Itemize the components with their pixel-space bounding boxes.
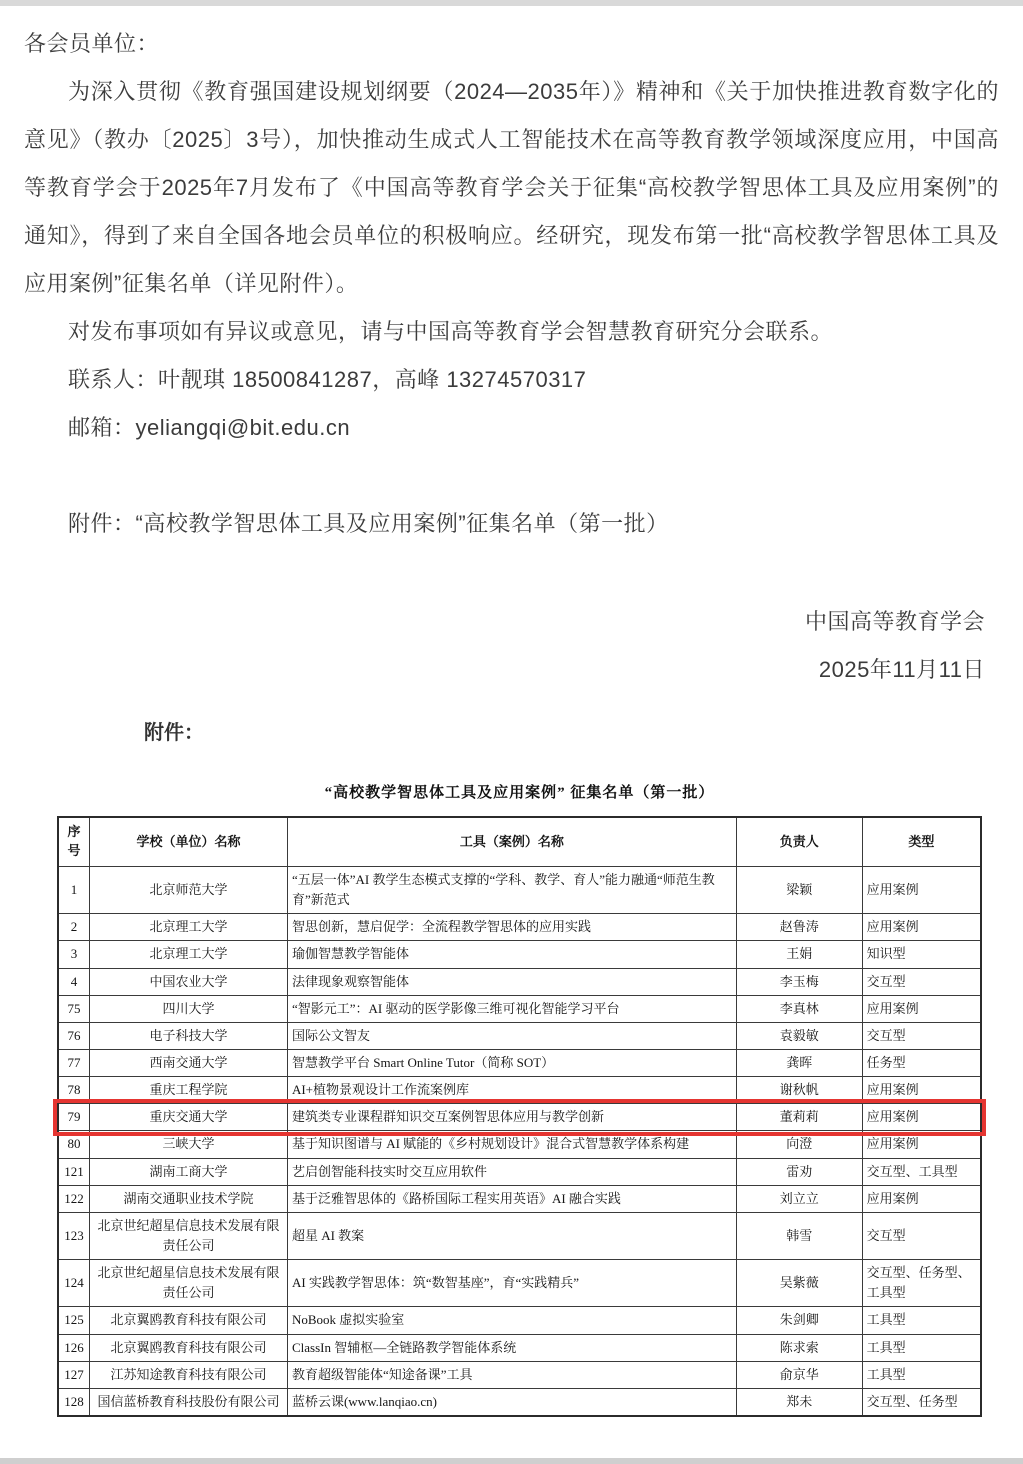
cell-row-number: 121 bbox=[58, 1158, 89, 1185]
cell-row-number: 4 bbox=[58, 968, 89, 995]
table-row: 75 四川大学 “智影元工”：AI 驱动的医学影像三维可视化智能学习平台 李真林… bbox=[58, 995, 981, 1022]
appendix-label: 附件： bbox=[144, 716, 999, 745]
table-row: 123 北京世纪超星信息技术发展有限责任公司 超星 AI 教案 韩雪 交互型 bbox=[58, 1212, 981, 1259]
cell-school-name: 四川大学 bbox=[89, 995, 287, 1022]
cell-school-name: 湖南工商大学 bbox=[89, 1158, 287, 1185]
cell-person-name: 王娟 bbox=[736, 941, 862, 968]
cell-row-number: 80 bbox=[58, 1131, 89, 1158]
cell-person-name: 吴紫薇 bbox=[736, 1260, 862, 1307]
cell-type: 工具型 bbox=[862, 1307, 981, 1334]
table-row: 121 湖南工商大学 艺启创智能科技实时交互应用软件 雷劝 交互型、工具型 bbox=[58, 1158, 981, 1185]
cell-school-name: 西南交通大学 bbox=[89, 1049, 287, 1076]
cell-school-name: 国信蓝桥教育科技股份有限公司 bbox=[89, 1388, 287, 1416]
cell-school-name: 三峡大学 bbox=[89, 1131, 287, 1158]
cell-row-number: 2 bbox=[58, 914, 89, 941]
cell-row-number: 1 bbox=[58, 866, 89, 913]
cell-tool-name: 基于泛雅智思体的《路桥国际工程实用英语》AI 融合实践 bbox=[287, 1185, 736, 1212]
table-row: 122 湖南交通职业技术学院 基于泛雅智思体的《路桥国际工程实用英语》AI 融合… bbox=[58, 1185, 981, 1212]
cell-row-number: 3 bbox=[58, 941, 89, 968]
cell-tool-name: 瑜伽智慧教学智能体 bbox=[287, 941, 736, 968]
header-tool: 工具（案例）名称 bbox=[287, 817, 736, 866]
cell-school-name: 北京理工大学 bbox=[89, 914, 287, 941]
cell-type: 交互型、任务型 bbox=[862, 1388, 981, 1416]
cell-type: 工具型 bbox=[862, 1334, 981, 1361]
cell-row-number: 79 bbox=[58, 1104, 89, 1131]
table-row: 125 北京翼鸥教育科技有限公司 NoBook 虚拟实验室 朱剑卿 工具型 bbox=[58, 1307, 981, 1334]
appendix-table-section: “高校教学智思体工具及应用案例” 征集名单（第一批） 序号 学校（单位）名称 工… bbox=[57, 781, 982, 1417]
cell-school-name: 电子科技大学 bbox=[89, 1022, 287, 1049]
cell-person-name: 龚晖 bbox=[736, 1049, 862, 1076]
cell-school-name: 重庆交通大学 bbox=[89, 1104, 287, 1131]
bottom-divider bbox=[0, 1458, 1023, 1464]
cell-tool-name: 教育超级智能体“知途备课”工具 bbox=[287, 1361, 736, 1388]
cell-person-name: 向澄 bbox=[736, 1131, 862, 1158]
cell-type: 应用案例 bbox=[862, 1077, 981, 1104]
document-page: 各会员单位： 为深入贯彻《教育强国建设规划纲要（2024—2035年）》精神和《… bbox=[0, 0, 1023, 1417]
cell-tool-name: “智影元工”：AI 驱动的医学影像三维可视化智能学习平台 bbox=[287, 995, 736, 1022]
contact-line: 联系人：叶靓琪 18500841287，高峰 13274570317 bbox=[24, 356, 999, 404]
cell-type: 应用案例 bbox=[862, 1185, 981, 1212]
signature-date: 2025年11月11日 bbox=[24, 646, 985, 694]
header-type: 类型 bbox=[862, 817, 981, 866]
cell-type: 应用案例 bbox=[862, 995, 981, 1022]
cell-tool-name: 蓝桥云课(www.lanqiao.cn) bbox=[287, 1388, 736, 1416]
cell-row-number: 78 bbox=[58, 1077, 89, 1104]
letter-body: 各会员单位： 为深入贯彻《教育强国建设规划纲要（2024—2035年）》精神和《… bbox=[24, 20, 999, 694]
header-person: 负责人 bbox=[736, 817, 862, 866]
cell-school-name: 北京世纪超星信息技术发展有限责任公司 bbox=[89, 1212, 287, 1259]
cell-school-name: 北京翼鸥教育科技有限公司 bbox=[89, 1307, 287, 1334]
table-title: “高校教学智思体工具及应用案例” 征集名单（第一批） bbox=[57, 781, 982, 802]
table-row: 79 重庆交通大学 建筑类专业课程群知识交互案例智思体应用与教学创新 董莉莉 应… bbox=[58, 1104, 981, 1131]
cell-tool-name: ClassIn 智辅枢—全链路教学智能体系统 bbox=[287, 1334, 736, 1361]
cell-tool-name: 智慧教学平台 Smart Online Tutor（简称 SOT） bbox=[287, 1049, 736, 1076]
case-table: 序号 学校（单位）名称 工具（案例）名称 负责人 类型 1 北京师范大学 “五层… bbox=[57, 816, 982, 1417]
cell-person-name: 陈求索 bbox=[736, 1334, 862, 1361]
cell-person-name: 刘立立 bbox=[736, 1185, 862, 1212]
cell-row-number: 122 bbox=[58, 1185, 89, 1212]
cell-type: 任务型 bbox=[862, 1049, 981, 1076]
cell-type: 交互型 bbox=[862, 968, 981, 995]
table-header-row: 序号 学校（单位）名称 工具（案例）名称 负责人 类型 bbox=[58, 817, 981, 866]
cell-row-number: 125 bbox=[58, 1307, 89, 1334]
cell-type: 交互型 bbox=[862, 1022, 981, 1049]
cell-person-name: 董莉莉 bbox=[736, 1104, 862, 1131]
header-school: 学校（单位）名称 bbox=[89, 817, 287, 866]
cell-tool-name: 法律现象观察智能体 bbox=[287, 968, 736, 995]
cell-tool-name: 智思创新，慧启促学：全流程教学智思体的应用实践 bbox=[287, 914, 736, 941]
cell-person-name: 谢秋帆 bbox=[736, 1077, 862, 1104]
header-no: 序号 bbox=[58, 817, 89, 866]
cell-type: 工具型 bbox=[862, 1361, 981, 1388]
cell-row-number: 123 bbox=[58, 1212, 89, 1259]
salutation: 各会员单位： bbox=[24, 20, 999, 68]
cell-type: 应用案例 bbox=[862, 914, 981, 941]
cell-row-number: 128 bbox=[58, 1388, 89, 1416]
cell-school-name: 北京师范大学 bbox=[89, 866, 287, 913]
table-row: 124 北京世纪超星信息技术发展有限责任公司 AI 实践教学智思体：筑“数智基座… bbox=[58, 1260, 981, 1307]
attachment-reference: 附件：“高校教学智思体工具及应用案例”征集名单（第一批） bbox=[24, 500, 999, 548]
cell-type: 应用案例 bbox=[862, 1104, 981, 1131]
cell-type: 应用案例 bbox=[862, 866, 981, 913]
cell-type: 交互型 bbox=[862, 1212, 981, 1259]
cell-row-number: 77 bbox=[58, 1049, 89, 1076]
cell-tool-name: 基于知识图谱与 AI 赋能的《乡村规划设计》混合式智慧教学体系构建 bbox=[287, 1131, 736, 1158]
cell-type: 知识型 bbox=[862, 941, 981, 968]
cell-row-number: 126 bbox=[58, 1334, 89, 1361]
cell-tool-name: AI 实践教学智思体：筑“数智基座”，育“实践精兵” bbox=[287, 1260, 736, 1307]
cell-person-name: 赵鲁涛 bbox=[736, 914, 862, 941]
table-row: 2 北京理工大学 智思创新，慧启促学：全流程教学智思体的应用实践 赵鲁涛 应用案… bbox=[58, 914, 981, 941]
cell-person-name: 李真林 bbox=[736, 995, 862, 1022]
cell-person-name: 韩雪 bbox=[736, 1212, 862, 1259]
cell-school-name: 湖南交通职业技术学院 bbox=[89, 1185, 287, 1212]
cell-school-name: 北京世纪超星信息技术发展有限责任公司 bbox=[89, 1260, 287, 1307]
cell-school-name: 北京理工大学 bbox=[89, 941, 287, 968]
cell-person-name: 梁颖 bbox=[736, 866, 862, 913]
table-row: 128 国信蓝桥教育科技股份有限公司 蓝桥云课(www.lanqiao.cn) … bbox=[58, 1388, 981, 1416]
cell-row-number: 75 bbox=[58, 995, 89, 1022]
table-row: 127 江苏知途教育科技有限公司 教育超级智能体“知途备课”工具 俞京华 工具型 bbox=[58, 1361, 981, 1388]
table-row: 126 北京翼鸥教育科技有限公司 ClassIn 智辅枢—全链路教学智能体系统 … bbox=[58, 1334, 981, 1361]
cell-tool-name: AI+植物景观设计工作流案例库 bbox=[287, 1077, 736, 1104]
table-row: 4 中国农业大学 法律现象观察智能体 李玉梅 交互型 bbox=[58, 968, 981, 995]
cell-school-name: 北京翼鸥教育科技有限公司 bbox=[89, 1334, 287, 1361]
cell-person-name: 郑未 bbox=[736, 1388, 862, 1416]
cell-tool-name: 建筑类专业课程群知识交互案例智思体应用与教学创新 bbox=[287, 1104, 736, 1131]
signature-block: 中国高等教育学会 2025年11月11日 bbox=[24, 598, 999, 694]
cell-school-name: 重庆工程学院 bbox=[89, 1077, 287, 1104]
table-row: 80 三峡大学 基于知识图谱与 AI 赋能的《乡村规划设计》混合式智慧教学体系构… bbox=[58, 1131, 981, 1158]
cell-tool-name: 艺启创智能科技实时交互应用软件 bbox=[287, 1158, 736, 1185]
cell-person-name: 俞京华 bbox=[736, 1361, 862, 1388]
case-table-body: 1 北京师范大学 “五层一体”AI 教学生态模式支撑的“学科、教学、育人”能力融… bbox=[58, 866, 981, 1415]
cell-person-name: 朱剑卿 bbox=[736, 1307, 862, 1334]
cell-row-number: 124 bbox=[58, 1260, 89, 1307]
cell-tool-name: 超星 AI 教案 bbox=[287, 1212, 736, 1259]
cell-type: 应用案例 bbox=[862, 1131, 981, 1158]
table-row: 76 电子科技大学 国际公文智友 袁毅敏 交互型 bbox=[58, 1022, 981, 1049]
cell-person-name: 李玉梅 bbox=[736, 968, 862, 995]
table-row: 1 北京师范大学 “五层一体”AI 教学生态模式支撑的“学科、教学、育人”能力融… bbox=[58, 866, 981, 913]
cell-type: 交互型、工具型 bbox=[862, 1158, 981, 1185]
cell-row-number: 76 bbox=[58, 1022, 89, 1049]
signature-org: 中国高等教育学会 bbox=[24, 598, 985, 646]
cell-school-name: 江苏知途教育科技有限公司 bbox=[89, 1361, 287, 1388]
cell-person-name: 袁毅敏 bbox=[736, 1022, 862, 1049]
table-row: 78 重庆工程学院 AI+植物景观设计工作流案例库 谢秋帆 应用案例 bbox=[58, 1077, 981, 1104]
email-line: 邮箱：yeliangqi@bit.edu.cn bbox=[24, 404, 999, 452]
top-divider bbox=[0, 0, 1023, 6]
table-row: 3 北京理工大学 瑜伽智慧教学智能体 王娟 知识型 bbox=[58, 941, 981, 968]
cell-person-name: 雷劝 bbox=[736, 1158, 862, 1185]
paragraph-main: 为深入贯彻《教育强国建设规划纲要（2024—2035年）》精神和《关于加快推进教… bbox=[24, 68, 999, 308]
cell-school-name: 中国农业大学 bbox=[89, 968, 287, 995]
cell-tool-name: “五层一体”AI 教学生态模式支撑的“学科、教学、育人”能力融通“师范生教育”新… bbox=[287, 866, 736, 913]
cell-row-number: 127 bbox=[58, 1361, 89, 1388]
cell-tool-name: 国际公文智友 bbox=[287, 1022, 736, 1049]
table-row: 77 西南交通大学 智慧教学平台 Smart Online Tutor（简称 S… bbox=[58, 1049, 981, 1076]
cell-tool-name: NoBook 虚拟实验室 bbox=[287, 1307, 736, 1334]
paragraph-feedback: 对发布事项如有异议或意见，请与中国高等教育学会智慧教育研究分会联系。 bbox=[24, 308, 999, 356]
cell-type: 交互型、任务型、工具型 bbox=[862, 1260, 981, 1307]
